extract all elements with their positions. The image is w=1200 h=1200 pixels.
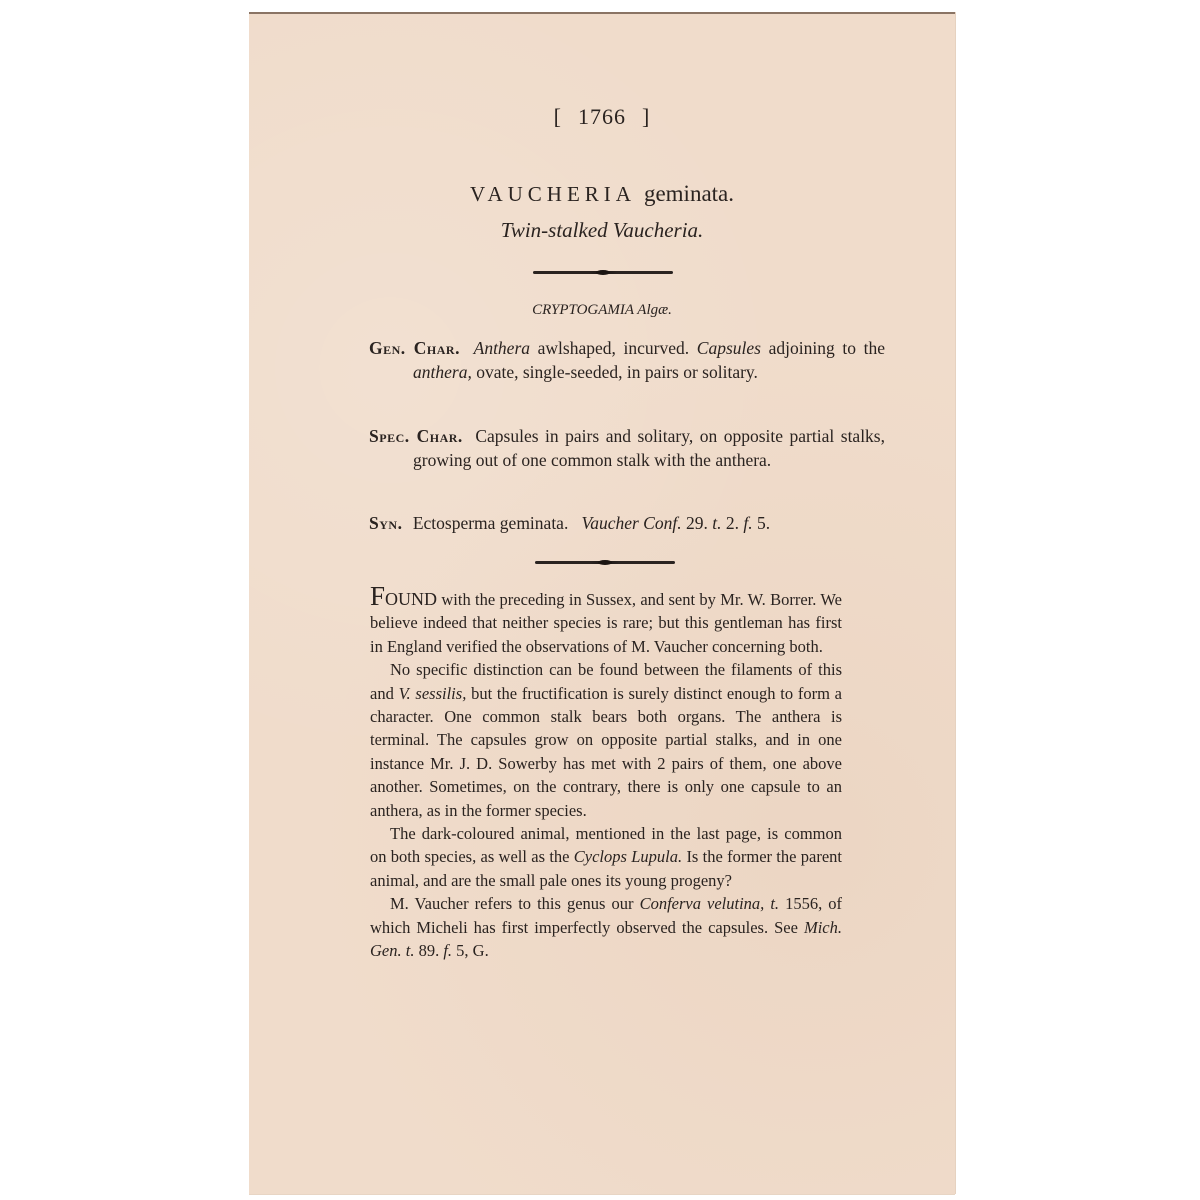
gen-char-term: Capsules: [697, 338, 761, 358]
ornamental-rule-divider: [535, 561, 675, 564]
gen-char-text: adjoining to the: [761, 338, 885, 358]
bracket-close: ]: [626, 104, 666, 129]
specific-character: Spec. Char. Capsules in pairs and solita…: [369, 424, 885, 472]
spec-char-label: Spec. Char.: [369, 426, 463, 446]
generic-character: Gen. Char. Anthera awlshaped, incurved. …: [369, 336, 885, 384]
paragraph-text: with the preceding in Sussex, and sent b…: [370, 590, 842, 656]
title-species: geminata.: [644, 181, 734, 206]
classification-order: Algæ.: [637, 302, 672, 318]
page-subtitle: Twin-stalked Vaucheria.: [249, 218, 955, 243]
paragraph-italic: f.: [443, 941, 452, 960]
syn-ref-number: 2.: [721, 513, 743, 533]
syn-ref-number: 29.: [682, 513, 713, 533]
gen-char-text: awlshaped, incurved.: [530, 338, 697, 358]
gen-char-term: Anthera: [474, 338, 530, 358]
paragraph: FOUND with the preceding in Sussex, and …: [370, 586, 842, 658]
page-number: [1766]: [249, 104, 955, 130]
classification-line: CRYPTOGAMIA Algæ.: [249, 302, 955, 319]
body-text: FOUND with the preceding in Sussex, and …: [370, 586, 842, 963]
paragraph-italic: V. sessilis,: [399, 684, 467, 703]
page-title: VAUCHERIAgeminata.: [249, 181, 955, 207]
paragraph-text: M. Vaucher refers to this genus our: [390, 894, 640, 913]
title-genus: VAUCHERIA: [470, 182, 636, 206]
book-page: [1766] VAUCHERIAgeminata. Twin-stalked V…: [249, 12, 955, 1194]
paragraph-italic: Cyclops Lupula.: [574, 847, 682, 866]
syn-ref-figure: f.: [743, 513, 752, 533]
classification-class: CRYPTOGAMIA: [532, 302, 634, 318]
paragraph-italic: Conferva velutina,: [640, 894, 765, 913]
ornamental-rule-divider: [533, 271, 673, 274]
paragraph: The dark-coloured animal, mentioned in t…: [370, 822, 842, 892]
bracket-open: [: [538, 104, 578, 129]
spec-char-text: Capsules in pairs and solitary, on oppos…: [413, 426, 885, 470]
paragraph: No specific distinction can be found bet…: [370, 658, 842, 822]
syn-label: Syn.: [369, 513, 402, 533]
opening-smallcaps: OUND: [385, 589, 437, 609]
synonymy: Syn. Ectosperma geminata. Vaucher Conf. …: [369, 511, 885, 535]
drop-cap: F: [370, 581, 385, 611]
gen-char-term: anthera,: [413, 362, 472, 382]
gen-char-text: ovate, single-seeded, in pairs or solita…: [472, 362, 758, 382]
paragraph-text: 89.: [414, 941, 443, 960]
syn-reference: Vaucher Conf.: [581, 513, 681, 533]
syn-text: Ectosperma geminata.: [413, 513, 569, 533]
paragraph-text: but the fructification is surely distinc…: [370, 684, 842, 820]
gen-char-label: Gen. Char.: [369, 338, 460, 358]
paragraph: M. Vaucher refers to this genus our Conf…: [370, 892, 842, 962]
paragraph-italic: t.: [770, 894, 779, 913]
syn-ref-number: 5.: [753, 513, 771, 533]
page-number-value: 1766: [578, 104, 626, 129]
paragraph-text: 5, G.: [452, 941, 489, 960]
